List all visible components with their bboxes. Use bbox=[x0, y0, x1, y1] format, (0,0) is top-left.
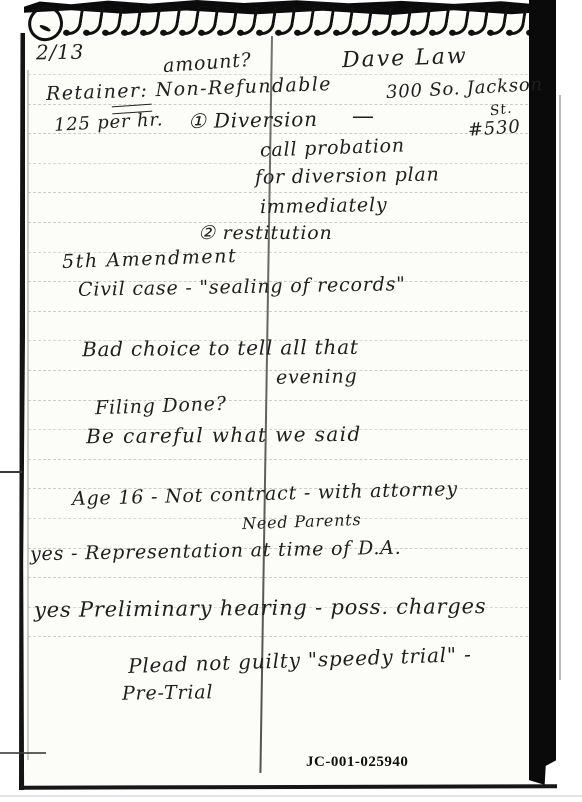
scan-right-band bbox=[529, 0, 556, 788]
spiral-ring bbox=[220, 5, 239, 37]
note-diversion-plan: for diversion plan bbox=[255, 165, 440, 187]
ruled-line bbox=[28, 459, 528, 460]
scan-right-band-shadow bbox=[559, 95, 561, 680]
note-item1-diversion: ① Diversion bbox=[188, 109, 318, 131]
bates-stamp: JC-001-025940 bbox=[306, 754, 408, 771]
note-address-line3: #530 bbox=[467, 118, 521, 140]
note-item2-restitution: ② restitution bbox=[198, 224, 333, 243]
ruled-line bbox=[28, 577, 528, 578]
spiral-ring bbox=[432, 5, 451, 37]
note-item1-dash: — bbox=[352, 106, 375, 128]
spiral-ring bbox=[355, 5, 374, 37]
spiral-ring bbox=[24, 2, 66, 44]
note-preliminary-hearing: yes Preliminary hearing - poss. charges bbox=[34, 596, 487, 621]
scan-tick-mark bbox=[0, 752, 46, 754]
spiral-binding bbox=[28, 6, 545, 44]
ruled-line bbox=[28, 133, 528, 134]
note-date: 2/13 bbox=[36, 42, 84, 63]
spiral-ring bbox=[143, 5, 162, 37]
note-pretrial: Pre-Trial bbox=[122, 683, 214, 704]
note-filing-done: Filing Done? bbox=[95, 395, 227, 419]
note-bad-choice: Bad choice to tell all that bbox=[82, 337, 359, 359]
note-need-parents: Need Parents bbox=[242, 512, 362, 532]
ruled-line bbox=[28, 163, 528, 164]
ruled-line bbox=[28, 192, 528, 193]
scanned-notebook-page: 2/13 amount? Dave Law Retainer: Non-Refu… bbox=[0, 0, 582, 802]
scan-tick-mark bbox=[0, 471, 22, 473]
ruled-line bbox=[28, 636, 528, 637]
spiral-ring bbox=[66, 5, 85, 37]
page-bottom-border bbox=[22, 784, 557, 789]
note-be-careful: Be careful what we said bbox=[86, 424, 362, 446]
scan-bottom-streak bbox=[0, 795, 582, 797]
note-call-probation: call probation bbox=[260, 136, 406, 160]
note-immediately: immediately bbox=[260, 196, 388, 217]
ruled-line bbox=[28, 104, 528, 105]
ruled-line bbox=[28, 311, 528, 312]
page-left-border-shadow bbox=[27, 70, 29, 760]
note-evening: evening bbox=[276, 367, 358, 387]
spiral-ring bbox=[509, 5, 528, 37]
spiral-ring bbox=[297, 5, 316, 37]
note-attorney-name: Dave Law bbox=[342, 46, 468, 72]
